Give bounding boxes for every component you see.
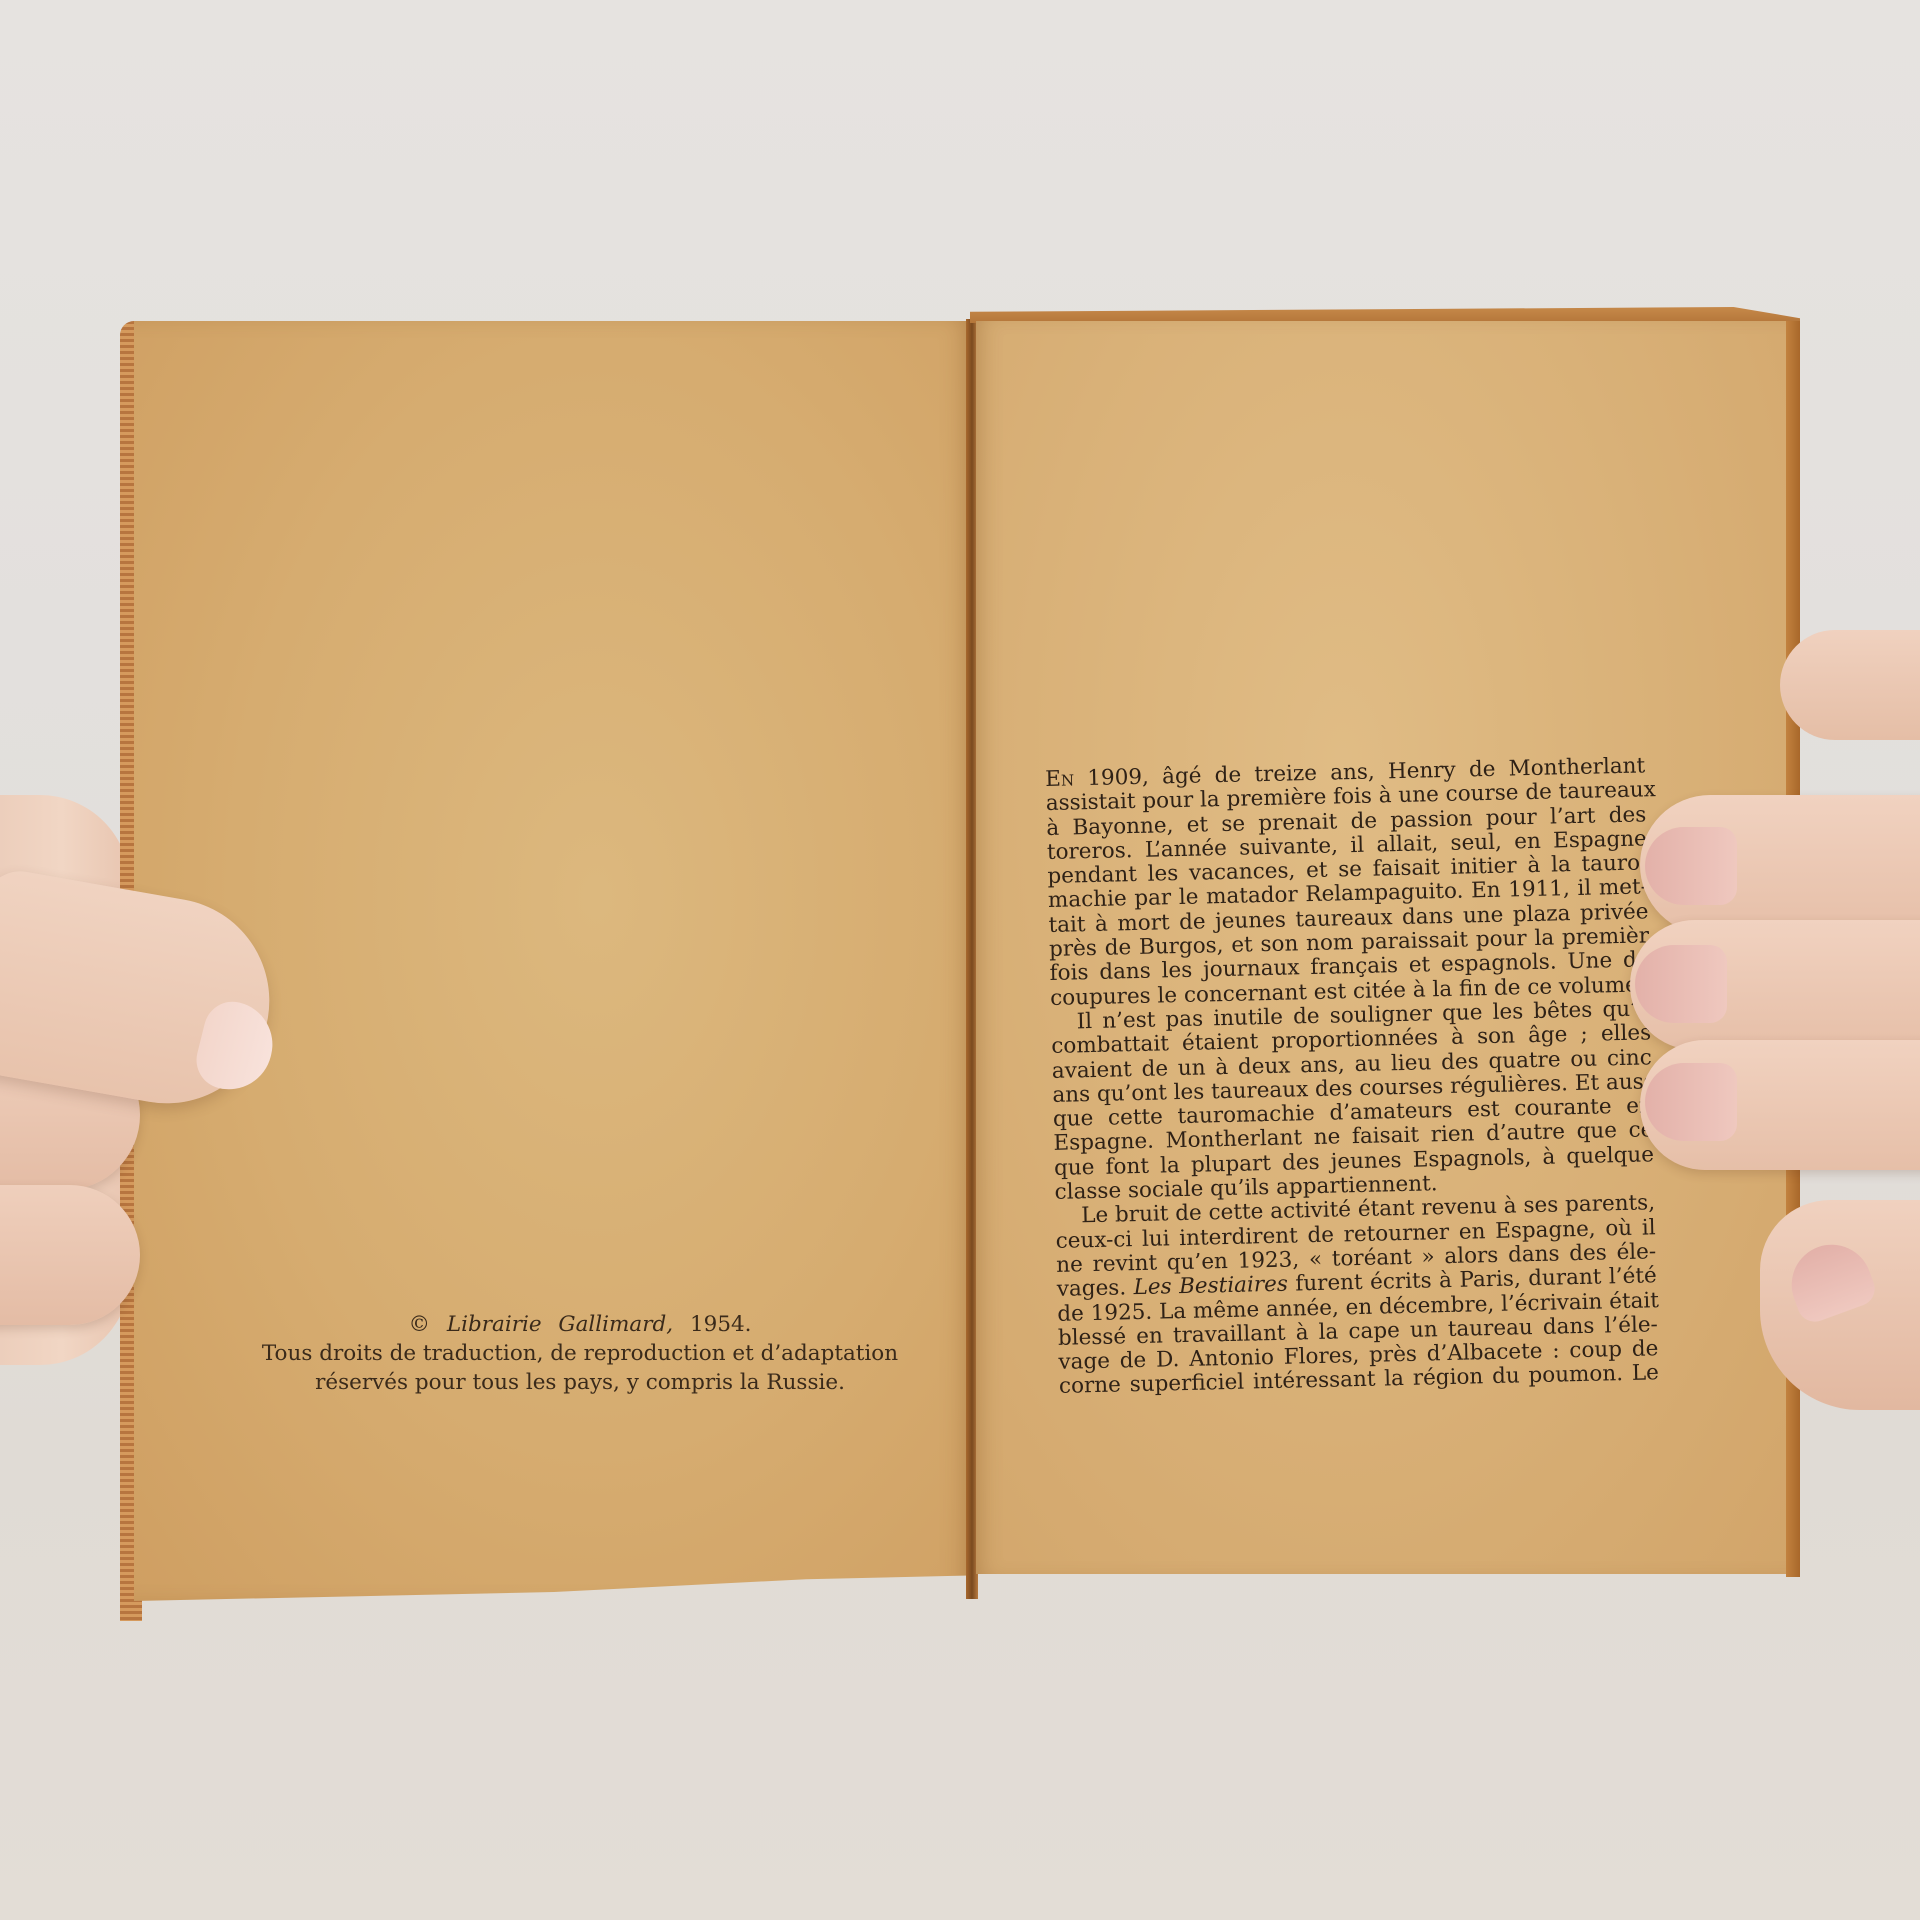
copyright-notice: © Librairie Gallimard, 1954. Tous droits… [250, 1310, 910, 1397]
copyright-line-1: © Librairie Gallimard, 1954. [250, 1310, 910, 1339]
copyright-symbol: © [408, 1312, 430, 1337]
right-hand-top [1780, 630, 1920, 740]
copyright-year: 1954. [690, 1312, 752, 1337]
left-hand-finger [0, 1185, 140, 1325]
photo-scene: © Librairie Gallimard, 1954. Tous droits… [0, 0, 1920, 1920]
right-fingernail [1645, 1063, 1737, 1141]
small-caps-opening: En [1045, 766, 1074, 792]
right-page-body-text: En 1909, âgé de treize ans, Henry de Mon… [1045, 754, 1659, 1399]
book-title-italic: Les Bestiaires [1133, 1272, 1288, 1300]
publisher-name: Librairie Gallimard, [447, 1312, 673, 1337]
copyright-line-3: réservés pour tous les pays, y compris l… [250, 1368, 910, 1397]
copyright-line-2: Tous droits de traduction, de reproducti… [250, 1339, 910, 1368]
right-fingernail [1645, 827, 1737, 905]
right-fingernail [1635, 945, 1727, 1023]
